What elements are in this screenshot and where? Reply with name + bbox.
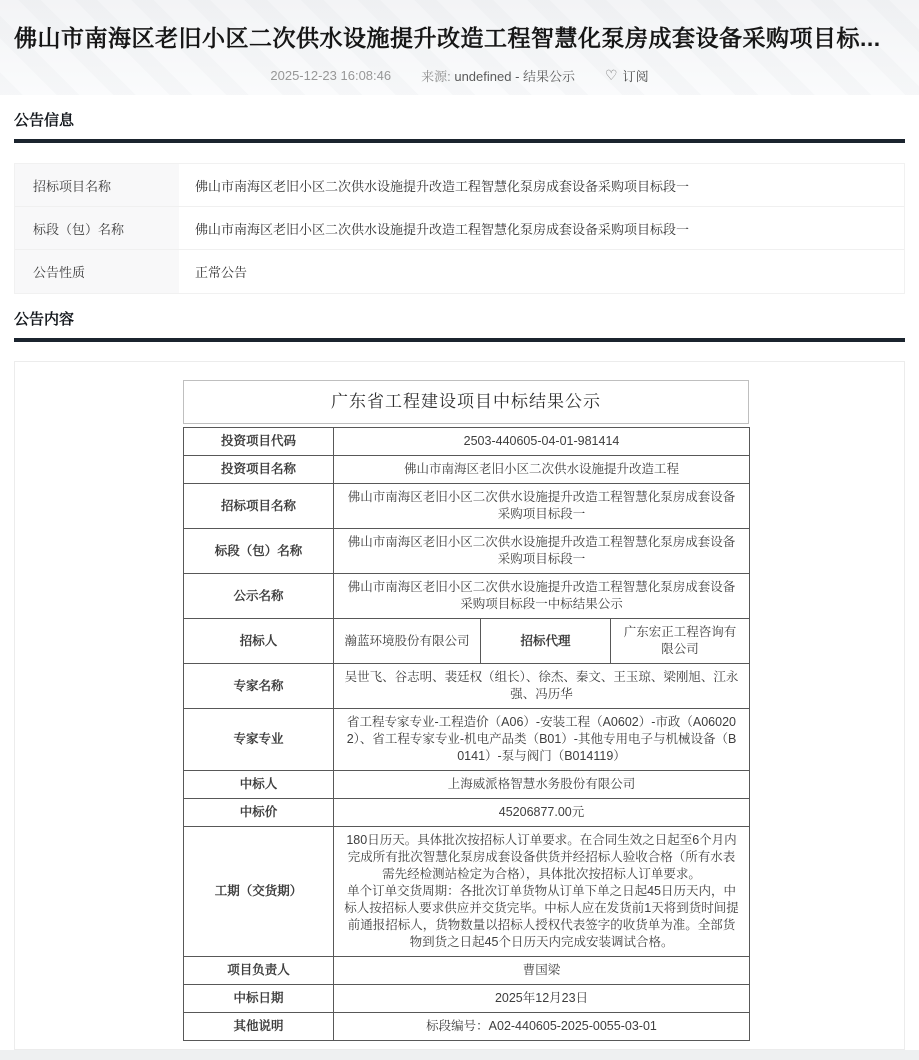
page-title: 佛山市南海区老旧小区二次供水设施提升改造工程智慧化泵房成套设备采购项目标... [14, 0, 905, 53]
table-row: 专家专业 省工程专家专业-工程造价（A06）-安装工程（A0602）-市政（A0… [184, 709, 750, 771]
row-label: 标段（包）名称 [184, 529, 334, 574]
heart-icon: ♡ [605, 67, 618, 84]
table-row: 投资项目名称 佛山市南海区老旧小区二次供水设施提升改造工程 [184, 456, 750, 484]
row-value: 广东宏正工程咨询有限公司 [611, 619, 750, 664]
source-value: undefined - 结果公示 [454, 69, 575, 84]
table-row: 标段（包）名称 佛山市南海区老旧小区二次供水设施提升改造工程智慧化泵房成套设备采… [15, 207, 904, 250]
subscribe-button[interactable]: ♡ 订阅 [605, 66, 649, 85]
row-label: 招标人 [184, 619, 334, 664]
row-value: 吴世飞、谷志明、裴廷权（组长）、徐杰、秦文、王玉琼、梁刚旭、江永强、冯历华 [334, 664, 750, 709]
page-header: 佛山市南海区老旧小区二次供水设施提升改造工程智慧化泵房成套设备采购项目标... … [0, 0, 919, 95]
row-value: 佛山市南海区老旧小区二次供水设施提升改造工程智慧化泵房成套设备采购项目标段一 [334, 529, 750, 574]
announcement-content-box: 广东省工程建设项目中标结果公示 投资项目代码 2503-440605-04-01… [14, 361, 905, 1050]
row-value: 佛山市南海区老旧小区二次供水设施提升改造工程智慧化泵房成套设备采购项目标段一中标… [334, 574, 750, 619]
row-label: 招标项目名称 [184, 484, 334, 529]
row-value: 正常公告 [179, 250, 904, 293]
row-value: 180日历天。具体批次按招标人订单要求。在合同生效之日起至6个月内完成所有批次智… [334, 827, 750, 957]
bid-result-document: 广东省工程建设项目中标结果公示 投资项目代码 2503-440605-04-01… [183, 380, 749, 1041]
row-label: 其他说明 [184, 1013, 334, 1041]
row-value: 2025年12月23日 [334, 985, 750, 1013]
row-value: 2503-440605-04-01-981414 [334, 428, 750, 456]
row-label: 专家专业 [184, 709, 334, 771]
table-row: 公示名称 佛山市南海区老旧小区二次供水设施提升改造工程智慧化泵房成套设备采购项目… [184, 574, 750, 619]
table-row: 标段（包）名称 佛山市南海区老旧小区二次供水设施提升改造工程智慧化泵房成套设备采… [184, 529, 750, 574]
source-info: 来源: undefined - 结果公示 [421, 66, 575, 85]
row-value: 曹国梁 [334, 957, 750, 985]
table-row: 项目负责人 曹国梁 [184, 957, 750, 985]
publish-datetime: 2025-12-23 16:08:46 [270, 68, 391, 83]
table-row: 中标价 45206877.00元 [184, 799, 750, 827]
table-row: 中标人 上海威派格智慧水务股份有限公司 [184, 771, 750, 799]
meta-bar: 2025-12-23 16:08:46 来源: undefined - 结果公示… [0, 66, 919, 85]
table-row: 招标人 瀚蓝环境股份有限公司 招标代理 广东宏正工程咨询有限公司 [184, 619, 750, 664]
subscribe-label: 订阅 [623, 66, 649, 85]
table-row: 投资项目代码 2503-440605-04-01-981414 [184, 428, 750, 456]
row-value: 上海威派格智慧水务股份有限公司 [334, 771, 750, 799]
row-label: 工期（交货期） [184, 827, 334, 957]
page-bottom-margin [0, 1050, 919, 1060]
row-value: 45206877.00元 [334, 799, 750, 827]
row-value: 佛山市南海区老旧小区二次供水设施提升改造工程 [334, 456, 750, 484]
table-row: 招标项目名称 佛山市南海区老旧小区二次供水设施提升改造工程智慧化泵房成套设备采购… [15, 164, 904, 207]
table-row: 工期（交货期） 180日历天。具体批次按招标人订单要求。在合同生效之日起至6个月… [184, 827, 750, 957]
announcement-page: 佛山市南海区老旧小区二次供水设施提升改造工程智慧化泵房成套设备采购项目标... … [0, 0, 919, 1060]
row-label: 招标项目名称 [15, 164, 179, 206]
row-value: 佛山市南海区老旧小区二次供水设施提升改造工程智慧化泵房成套设备采购项目标段一 [179, 164, 904, 206]
source-label: 来源: [421, 69, 454, 84]
row-value: 佛山市南海区老旧小区二次供水设施提升改造工程智慧化泵房成套设备采购项目标段一 [179, 207, 904, 249]
table-row: 中标日期 2025年12月23日 [184, 985, 750, 1013]
row-value: 省工程专家专业-工程造价（A06）-安装工程（A0602）-市政（A060202… [334, 709, 750, 771]
announcement-info-table: 招标项目名称 佛山市南海区老旧小区二次供水设施提升改造工程智慧化泵房成套设备采购… [14, 163, 905, 294]
row-label: 投资项目名称 [184, 456, 334, 484]
row-label: 中标人 [184, 771, 334, 799]
table-row: 其他说明 标段编号：A02-440605-2025-0055-03-01 [184, 1013, 750, 1041]
announcement-content-section: 公告内容 广东省工程建设项目中标结果公示 投资项目代码 2503-440605-… [0, 308, 919, 1050]
row-label: 投资项目代码 [184, 428, 334, 456]
row-label: 招标代理 [481, 619, 611, 664]
document-title: 广东省工程建设项目中标结果公示 [183, 380, 749, 424]
section-heading-info: 公告信息 [14, 109, 905, 143]
row-label: 中标价 [184, 799, 334, 827]
row-value: 标段编号：A02-440605-2025-0055-03-01 [334, 1013, 750, 1041]
row-label: 专家名称 [184, 664, 334, 709]
table-row: 招标项目名称 佛山市南海区老旧小区二次供水设施提升改造工程智慧化泵房成套设备采购… [184, 484, 750, 529]
row-label: 项目负责人 [184, 957, 334, 985]
row-label: 标段（包）名称 [15, 207, 179, 249]
row-value: 瀚蓝环境股份有限公司 [334, 619, 481, 664]
row-label: 公告性质 [15, 250, 179, 293]
bid-result-table: 投资项目代码 2503-440605-04-01-981414 投资项目名称 佛… [183, 427, 750, 1041]
table-row: 公告性质 正常公告 [15, 250, 904, 293]
announcement-info-section: 公告信息 招标项目名称 佛山市南海区老旧小区二次供水设施提升改造工程智慧化泵房成… [0, 109, 919, 294]
table-row: 专家名称 吴世飞、谷志明、裴廷权（组长）、徐杰、秦文、王玉琼、梁刚旭、江永强、冯… [184, 664, 750, 709]
row-label: 中标日期 [184, 985, 334, 1013]
row-value: 佛山市南海区老旧小区二次供水设施提升改造工程智慧化泵房成套设备采购项目标段一 [334, 484, 750, 529]
row-label: 公示名称 [184, 574, 334, 619]
section-heading-content: 公告内容 [14, 308, 905, 342]
